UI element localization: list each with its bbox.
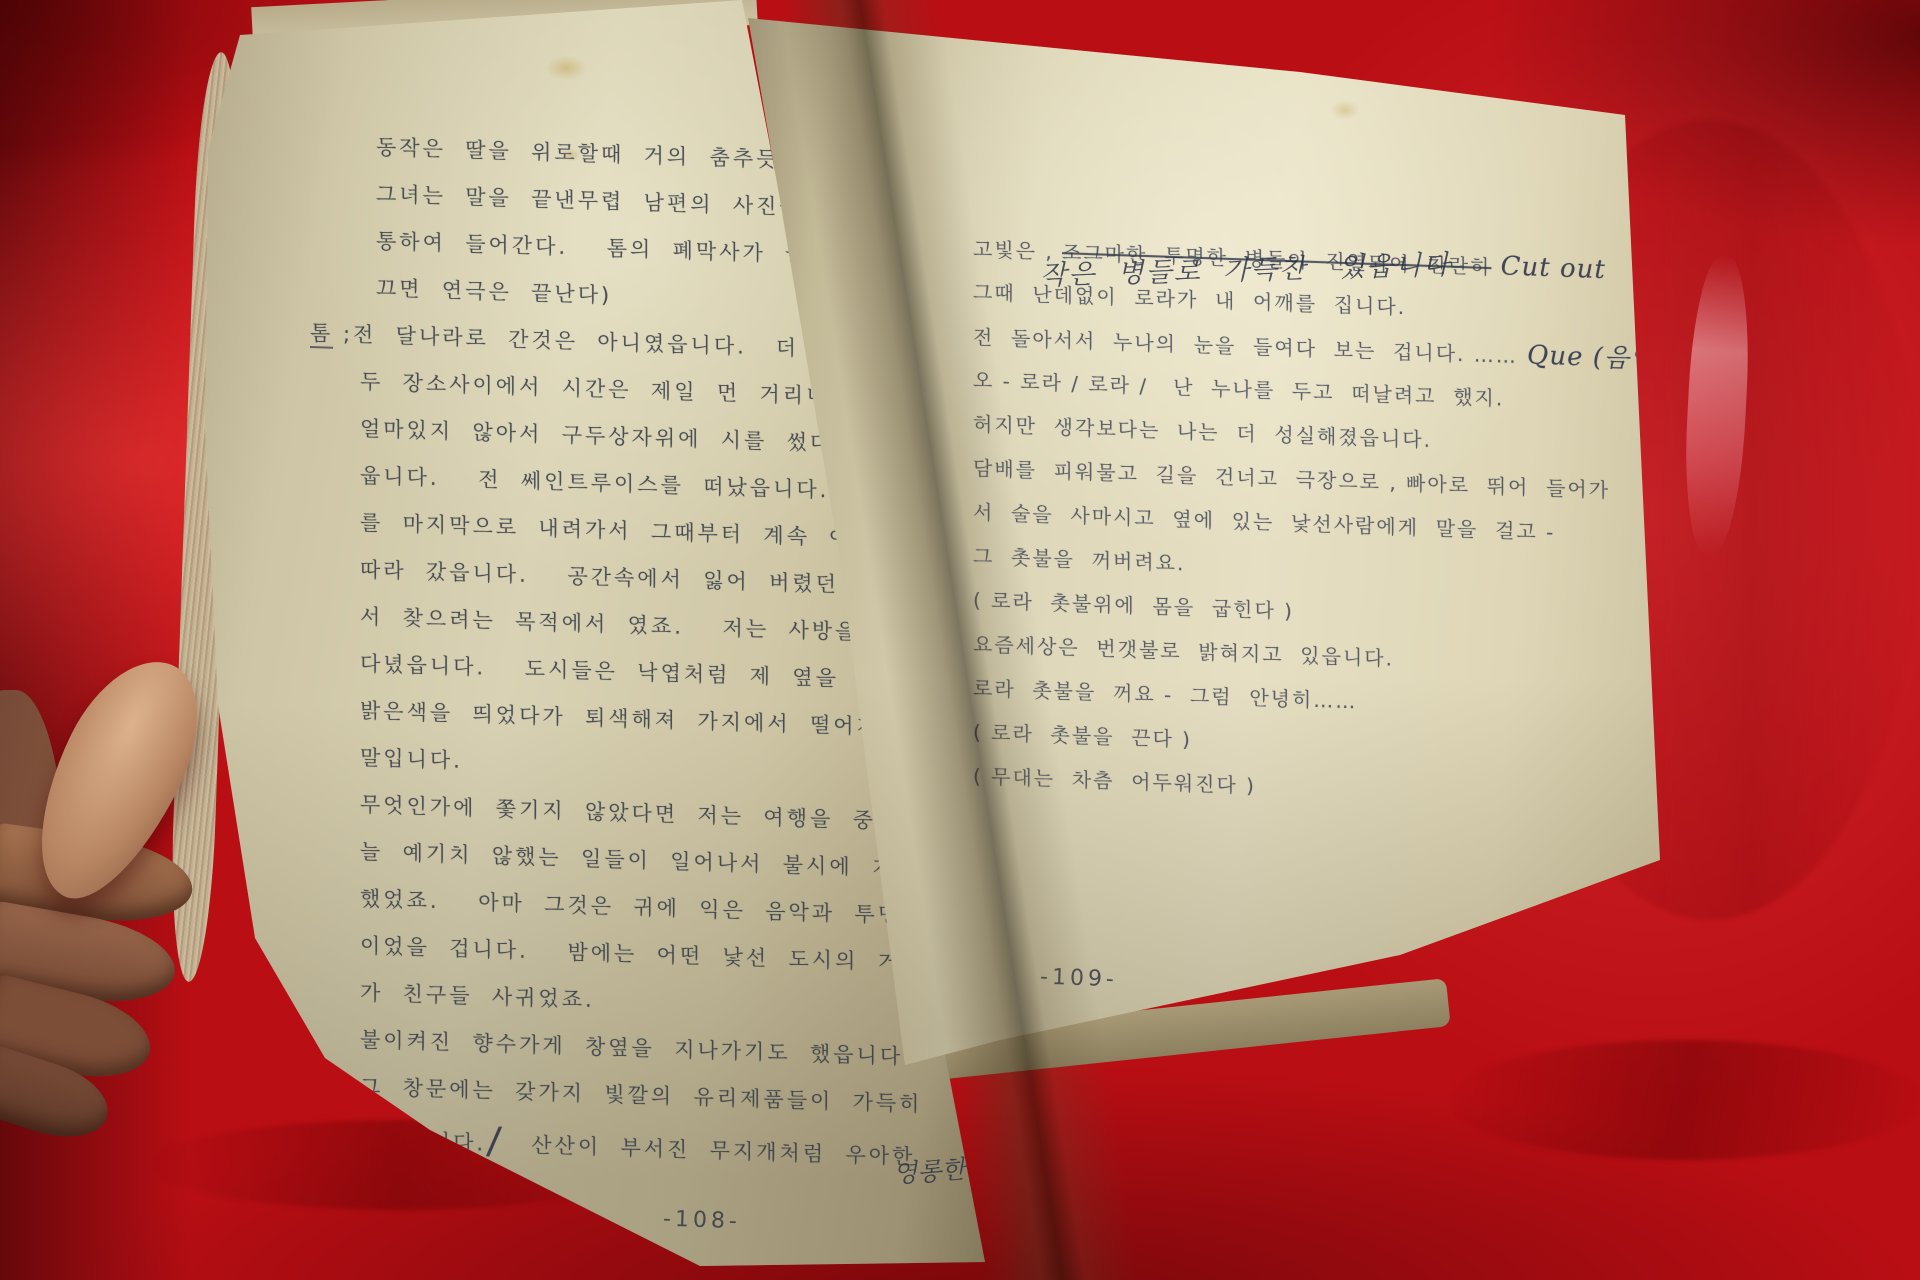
speaker-label: 톰 <box>310 321 333 349</box>
dialogue-text: 산산이 부서진 무지개처럼 우아한 <box>512 1132 915 1169</box>
handwritten-slash-mark: / <box>485 1117 506 1166</box>
handwritten-word: 영롱한 <box>892 1150 967 1191</box>
book-photo: 동작은 딸을 위로할때 거의 춤추듯 느리고그녀는 말을 끝낸무렵 남편의 사진… <box>0 0 1920 1280</box>
right-page-number: -109- <box>1040 965 1119 993</box>
fabric-fold <box>1450 1040 1920 1160</box>
right-page-text: 고빛은 , 조그마한 투명한 병들이 진열되어 찬란히 Cut out그때 난데… <box>973 226 1720 824</box>
handwritten-cut-out-note: Cut out <box>1491 251 1605 285</box>
left-page-number: -108- <box>663 1207 742 1235</box>
